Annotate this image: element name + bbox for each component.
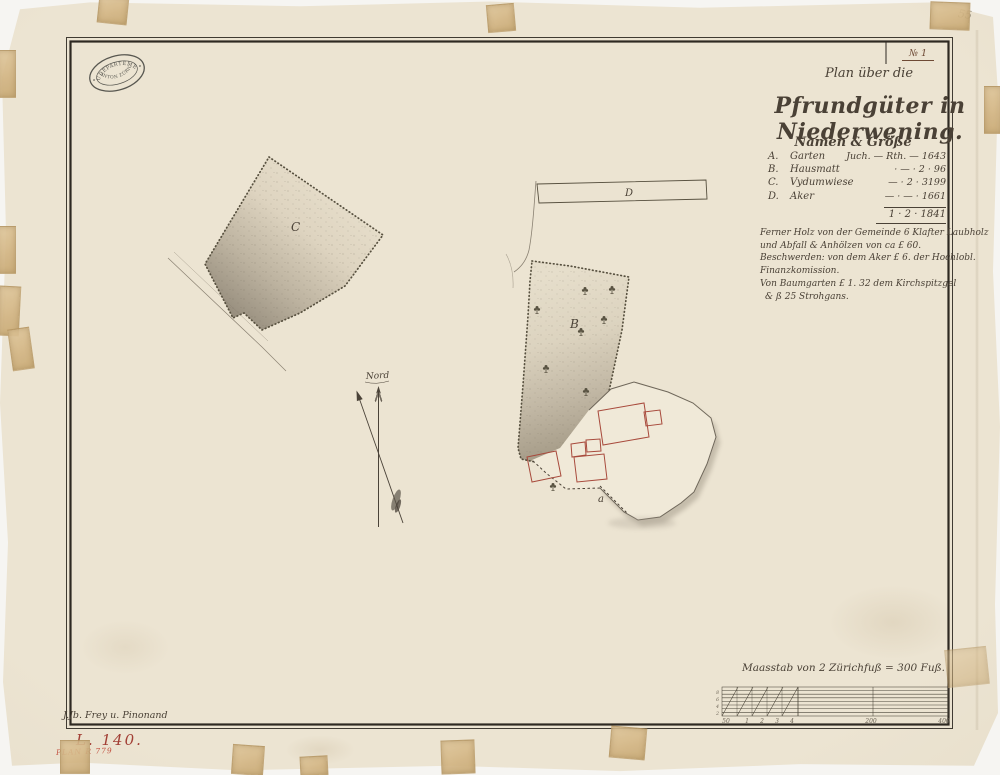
plan-title-kicker: Plan über die [794,66,944,81]
note-line: Beschwerden: von dem Aker £ 6. der Hochl… [760,252,989,265]
scale-caption: Maasstab von 2 Zürichfuß = 300 Fuß. [742,662,945,674]
scale-label: 50 [722,718,730,725]
scale-left-tick: 2 [715,711,719,717]
row-key: C. [768,177,784,188]
tree-icon [550,483,556,491]
row-key: B. [768,164,784,175]
row-name: Vydumwiese [790,177,854,188]
scanned-plan-sheet: BAUDEPARTEMENT CANTON ZÜRICH C D [0,0,1000,775]
row-value: — · 2 · 3199 [888,177,946,188]
row-value: Juch. — Rth. — 1643 [846,151,946,162]
parcel-label-d: D [624,188,633,199]
row-value: — · — · 1661 [885,191,946,202]
tape-fragment [97,0,130,25]
plan-subtitle: Namen & Größe [783,135,923,150]
row-name: Garten [790,151,825,162]
tape-fragment [299,755,328,775]
tape-fragment [60,740,90,774]
note-line: & ß 25 Strohgans. [760,291,989,304]
tape-fragment [944,646,990,688]
scale-label: 1 [745,718,749,725]
note-line: Ferner Holz von der Gemeinde 6 Klafter L… [760,227,989,240]
tape-fragment [609,725,648,760]
row-name: Hausmatt [790,164,840,175]
tape-fragment [231,744,265,775]
official-stamp: BAUDEPARTEMENT CANTON ZÜRICH [85,49,148,98]
tape-fragment [0,50,16,98]
parcel-c-shape [205,157,383,330]
row-key: D. [768,191,784,202]
scale-label: 3 [775,718,779,725]
note-line: Von Baumgarten £ 1. 32 dem Kirchspitzgel [760,278,989,291]
parcel-d-strip [537,180,707,203]
scale-label: 4 [789,718,794,725]
tape-fragment [440,739,475,774]
table-row: B. Hausmatt · — · 2 · 96 [768,164,946,177]
row-key: A. [768,151,784,162]
parcel-label-b: B [569,317,579,331]
notes-block: Ferner Holz von der Gemeinde 6 Klafter L… [760,227,989,303]
tape-fragment [486,3,516,33]
table-row: C. Vydumwiese — · 2 · 3199 [768,177,946,190]
note-line: Finanzkomission. [760,265,989,278]
scale-bar-labels: 50 1 2 3 4 200 400 8 6 4 2 [715,690,950,725]
surveyor-signature: J.Jb. Frey u. Pinonand [63,710,168,721]
parcel-label-c: C [291,220,300,234]
scale-label: 2 [759,718,764,725]
scale-left-tick: 6 [716,697,719,703]
table-total: 1 · 2 · 1841 [830,209,946,220]
tape-fragment [984,86,1000,134]
scale-left-tick: 4 [715,704,719,710]
note-line: und Abfall & Anhölzen von ca £ 60. [760,240,989,253]
table-row: A. Garten Juch. — Rth. — 1643 [768,151,946,164]
row-value: · — · 2 · 96 [894,164,946,175]
tape-fragment [930,1,971,30]
north-arrow [357,386,404,527]
table-rule [884,207,946,208]
table-row: D. Aker — · — · 1661 [768,191,946,204]
scale-label: 200 [864,718,877,725]
parcel-table: A. Garten Juch. — Rth. — 1643 B. Hausmat… [768,151,946,204]
table-rule [876,223,946,224]
scale-bar-grid [722,687,948,716]
scale-left-tick: 8 [716,690,719,696]
row-name: Aker [790,191,814,202]
sheet-number: № 1 [902,48,934,61]
tape-fragment [0,226,16,274]
north-label: Nord [365,371,390,382]
scale-label: 400 [937,718,950,725]
parcel-label-a: a [598,494,604,505]
